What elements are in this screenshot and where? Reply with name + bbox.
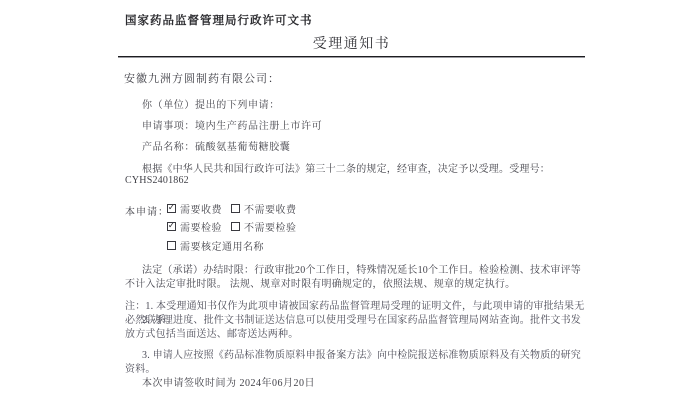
document-title: 受理通知书 (118, 33, 585, 53)
note-item-3: 3. 申请人应按照《药品标准物质原料申报备案方法》向中检院报送标准物质原料及有关… (125, 349, 589, 377)
document-type-label: 国家药品监督管理局行政许可文书 (125, 12, 313, 28)
statutory-deadline-paragraph: 法定（承诺）办结时限：行政审批20个工作日，特殊情况延长10个工作日。检验检测、… (125, 264, 589, 291)
signing-date-line: 本次申请签收时间为 2024年06月20日 (142, 374, 315, 389)
option-row-inspection: ✓ 需要检验 不需要检验 (167, 219, 297, 234)
document-page: 国家药品监督管理局行政许可文书 受理通知书 安徽九洲方圆制药有限公司： 你（单位… (0, 0, 700, 400)
product-name: 产品名称：硫酸氨基葡萄糖胶囊 (142, 138, 290, 153)
option-label: 不需要收费 (244, 201, 297, 216)
checkbox-unchecked-icon (167, 241, 176, 250)
option-label: 需要检验 (180, 219, 222, 234)
acceptance-number: CYHS2401862 (125, 175, 189, 186)
option-inspection-required: ✓ 需要检验 (167, 219, 222, 234)
application-matter: 申请事项：境内生产药品注册上市许可 (142, 117, 322, 132)
decision-text: 根据《中华人民共和国行政许可法》第三十二条的规定，经审查，决定予以受理。受理号： (142, 164, 550, 175)
option-fee-required: ✓ 需要收费 (167, 201, 222, 216)
option-row-generic-name: 需要核定通用名称 (167, 238, 264, 253)
checkbox-unchecked-icon (231, 222, 240, 231)
option-label: 需要收费 (180, 201, 222, 216)
option-label: 不需要检验 (244, 219, 297, 234)
note-item-2: 2. 办理进度、批件文书制证送达信息可以使用受理号在国家药品监督管理局网站查询。… (125, 314, 589, 342)
checkbox-unchecked-icon (231, 204, 240, 213)
option-fee-not-required: 不需要收费 (231, 201, 297, 216)
option-inspection-not-required: 不需要检验 (231, 219, 297, 234)
option-row-fee: ✓ 需要收费 不需要收费 (167, 201, 297, 216)
title-divider-line (118, 56, 585, 58)
recipient-company: 安徽九洲方圆制药有限公司： (124, 70, 280, 86)
checkbox-checked-icon: ✓ (167, 204, 176, 213)
option-generic-name-approval: 需要核定通用名称 (167, 238, 264, 253)
acceptance-decision: 根据《中华人民共和国行政许可法》第三十二条的规定，经审查，决定予以受理。受理号：… (125, 160, 595, 186)
checkbox-checked-icon: ✓ (167, 222, 176, 231)
application-intro: 你（单位）提出的下列申请： (142, 96, 280, 111)
options-label: 本申请： (125, 203, 169, 218)
option-label: 需要核定通用名称 (180, 238, 264, 253)
